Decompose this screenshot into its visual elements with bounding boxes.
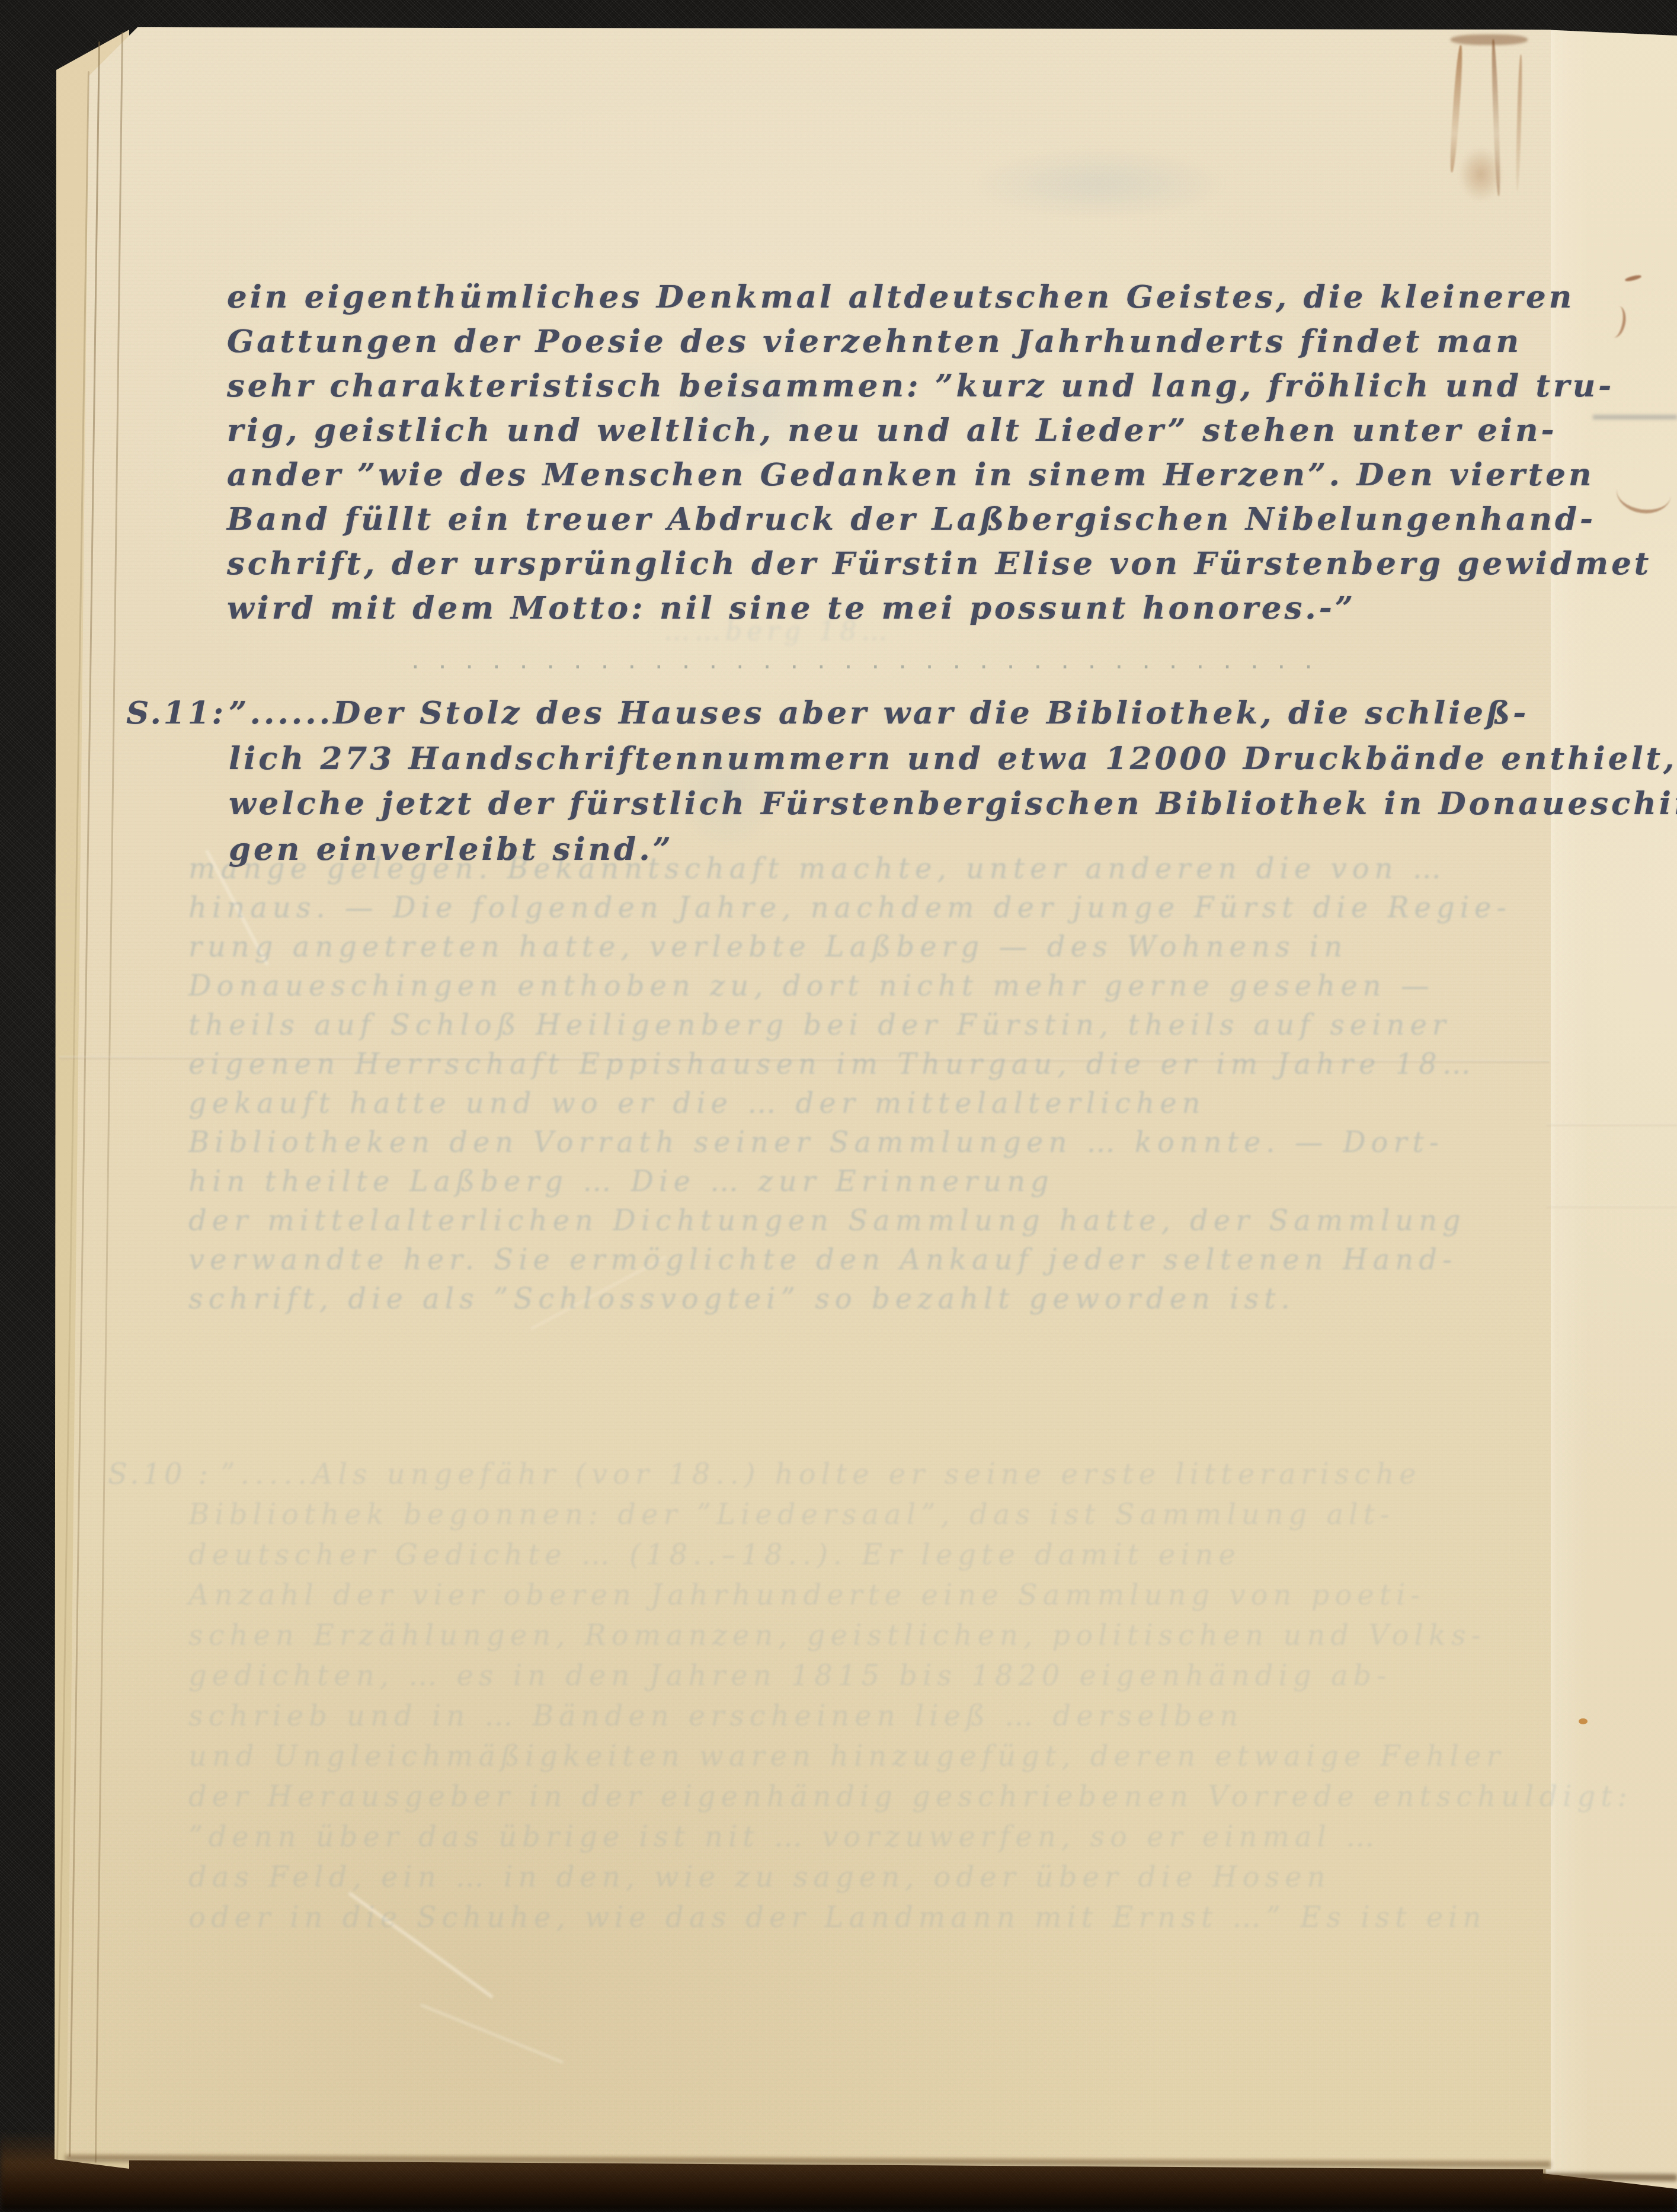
ghost-line: Bibliothek begonnen: der ”Liedersaal”, d… bbox=[188, 1498, 1395, 1531]
typed-line: schrift, der ursprünglich der Fürstin El… bbox=[227, 545, 1652, 582]
ghost-line: und Ungleichmäßigkeiten waren hinzugefüg… bbox=[188, 1740, 1505, 1773]
ghost-line: der mittelalterlichen Dichtungen Sammlun… bbox=[188, 1204, 1466, 1237]
section-marker-s11: S.11: bbox=[126, 694, 226, 731]
ghost-line: ”.....Als ungefähr (vor 18..) holte er s… bbox=[220, 1458, 1422, 1491]
ghost-line: Donaueschingen enthoben zu, dort nicht m… bbox=[188, 969, 1435, 1003]
ghost-line: das Feld, ein … in den, wie zu sagen, od… bbox=[188, 1861, 1331, 1894]
ghost-line: schen Erzählungen, Romanzen, geistlichen… bbox=[188, 1619, 1486, 1652]
ghost-line: eigenen Herrschaft Eppishausen im Thurga… bbox=[188, 1048, 1476, 1081]
typed-line: wird mit dem Motto: nil sine te mei poss… bbox=[227, 590, 1356, 626]
dotted-separator: .................................. bbox=[409, 649, 1329, 674]
ghost-line: ”denn über das übrige ist nit … vorzuwer… bbox=[188, 1820, 1380, 1854]
ghost-line: oder in die Schuhe, wie das der Landmann… bbox=[188, 1901, 1486, 1934]
page-text-layer: S.11: ..................................… bbox=[0, 0, 1677, 2212]
ghost-line: schrieb und in … Bänden erscheinen ließ … bbox=[188, 1699, 1243, 1733]
ghost-line: Bibliotheken den Vorrath seiner Sammlung… bbox=[188, 1126, 1444, 1159]
ghost-line: rung angetreten hatte, verlebte Laßberg … bbox=[188, 930, 1348, 963]
typed-line: lich 273 Handschriftennummern und etwa 1… bbox=[229, 740, 1677, 777]
typed-line: ander ”wie des Menschen Gedanken in sine… bbox=[227, 456, 1594, 493]
typed-line: Band füllt ein treuer Abdruck der Laßber… bbox=[227, 501, 1596, 537]
ghost-line: verwandte her. Sie ermöglichte den Ankau… bbox=[188, 1243, 1457, 1276]
typed-line: ”......Der Stolz des Hauses aber war die… bbox=[229, 694, 1529, 731]
ghost-line: hin theilte Laßberg … Die … zur Erinneru… bbox=[188, 1165, 1054, 1198]
typed-line: welche jetzt der fürstlich Fürstenbergis… bbox=[229, 785, 1677, 822]
typed-line: gen einverleibt sind.” bbox=[229, 831, 674, 867]
scan-canvas: { "page": { "kind": "scanned typewritten… bbox=[0, 0, 1677, 2212]
ghost-line: theils auf Schloß Heiligenberg bei der F… bbox=[188, 1009, 1451, 1042]
ghost-line: schrift, die als ”Schlossvogtei” so beza… bbox=[188, 1282, 1295, 1315]
ghost-line: der Herausgeber in der eigenhändig gesch… bbox=[188, 1780, 1633, 1813]
typed-line: Gattungen der Poesie des vierzehnten Jah… bbox=[227, 323, 1522, 360]
ghost-line: gekauft hatte und wo er die … der mittel… bbox=[188, 1087, 1205, 1120]
ghost-line: Anzahl der vier oberen Jahrhunderte eine… bbox=[188, 1579, 1426, 1612]
ghost-section-marker-s10: S.10 : bbox=[108, 1458, 212, 1491]
typed-line: sehr charakteristisch beisammen: ”kurz u… bbox=[227, 367, 1614, 404]
ghost-line: hinaus. — Die folgenden Jahre, nachdem d… bbox=[188, 891, 1512, 924]
ghost-line: gedichten, … es in den Jahren 1815 bis 1… bbox=[188, 1659, 1391, 1692]
typed-line: rig, geistlich und weltlich, neu und alt… bbox=[227, 412, 1557, 449]
ghost-line: deutscher Gedichte … (18..–18..). Er leg… bbox=[188, 1538, 1241, 1571]
typed-line: ein eigenthümliches Denkmal altdeutschen… bbox=[227, 278, 1574, 315]
